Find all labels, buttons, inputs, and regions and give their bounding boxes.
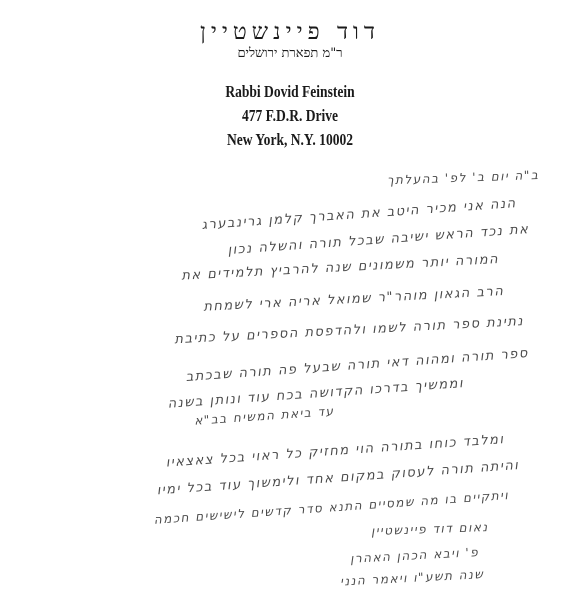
letter-signature: נאום דוד פיינשטיין — [371, 520, 489, 538]
letter-line-parsha: פ' ויבא הכהן האהרן — [350, 545, 480, 566]
letter-line-date: ב"ה יום ב' לפ' בהעלתך — [387, 168, 540, 187]
letter-line-year: שנה תשע"ו ויאמר הנני — [340, 567, 485, 589]
letter-line: הרב הגאון מוהר"ר שמואל אריה ארי לשמחת — [203, 284, 505, 315]
letter-line: נתינת ספר תורה לשמו ולהדפסת הספרים על כת… — [174, 314, 524, 347]
handwritten-letter-body: ב"ה יום ב' לפ' בהעלתך הנה אני מכיר היטב … — [0, 0, 569, 607]
letter-line: ספר תורה ומהוה דאי תורה שבעל פה תורה שבכ… — [185, 346, 529, 385]
